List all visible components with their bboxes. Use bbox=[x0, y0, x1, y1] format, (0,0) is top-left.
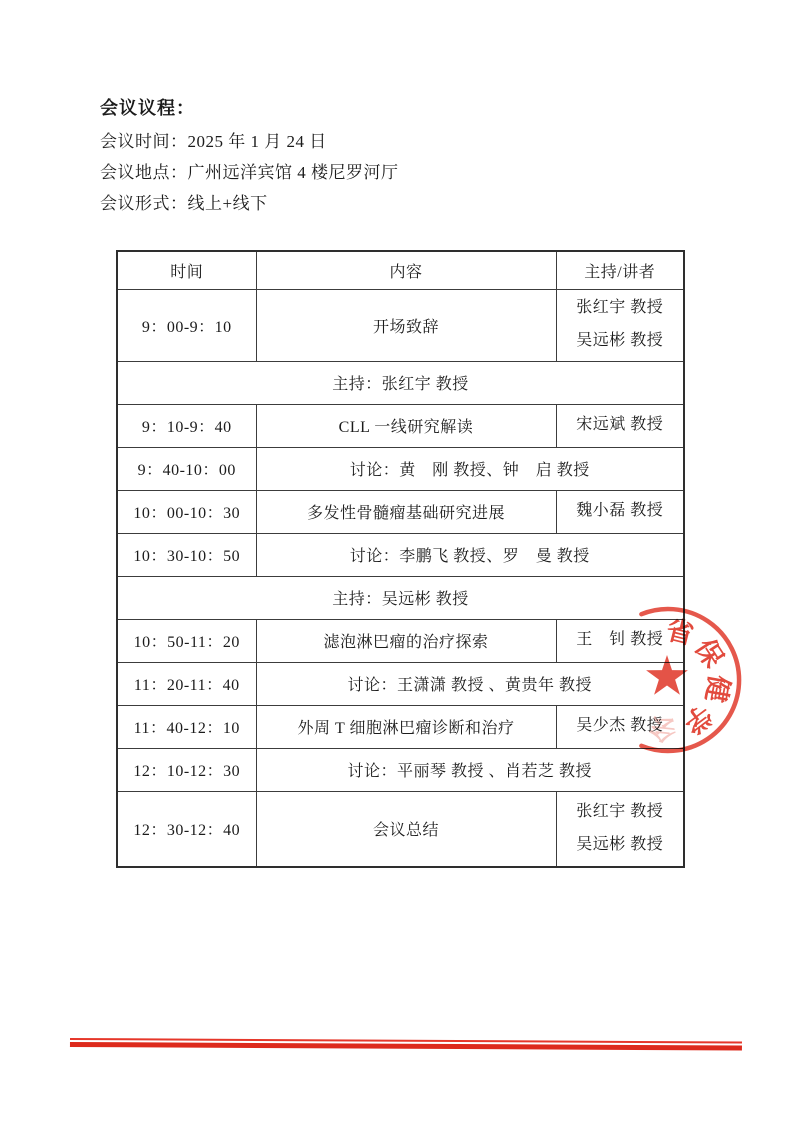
svg-text:保: 保 bbox=[689, 634, 729, 673]
content-cell: CLL 一线研究解读 bbox=[256, 404, 556, 447]
speaker-name: 魏小磊 教授 bbox=[561, 495, 680, 528]
meeting-info-block: 会议议程： 会议时间：2025 年 1 月 24 日 会议地点：广州远洋宾馆 4… bbox=[100, 90, 399, 217]
time-cell: 11：20-11：40 bbox=[117, 662, 256, 705]
meeting-format-line: 会议形式：线上+线下 bbox=[100, 186, 399, 217]
svg-text:省: 省 bbox=[663, 615, 696, 651]
content-cell: 滤泡淋巴瘤的治疗探索 bbox=[256, 619, 556, 662]
red-divider-line bbox=[70, 1038, 742, 1051]
table-row: 12：30-12：40会议总结张红宇 教授吴远彬 教授 bbox=[117, 791, 684, 867]
content-cell: 外周 T 细胞淋巴瘤诊断和治疗 bbox=[256, 705, 556, 748]
time-cell: 12：10-12：30 bbox=[117, 748, 256, 791]
time-cell: 9：40-10：00 bbox=[117, 447, 256, 490]
content-cell: 会议总结 bbox=[256, 791, 556, 867]
svg-text:健: 健 bbox=[700, 673, 734, 705]
speaker-cell: 魏小磊 教授 bbox=[556, 490, 684, 533]
content-cell: 讨论：黄 刚 教授、钟 启 教授 bbox=[256, 447, 684, 490]
time-cell: 10：30-10：50 bbox=[117, 533, 256, 576]
agenda-title: 会议议程： bbox=[100, 90, 399, 124]
content-cell: 开场致辞 bbox=[256, 289, 556, 361]
meeting-location-line: 会议地点：广州远洋宾馆 4 楼尼罗河厅 bbox=[100, 155, 399, 186]
speaker-name: 张红宇 教授 bbox=[561, 796, 680, 829]
scanned-document-page: 会议议程： 会议时间：2025 年 1 月 24 日 会议地点：广州远洋宾馆 4… bbox=[0, 0, 793, 1121]
content-cell: 多发性骨髓瘤基础研究进展 bbox=[256, 490, 556, 533]
speaker-cell: 宋远斌 教授 bbox=[556, 404, 684, 447]
table-row: 9：40-10：00讨论：黄 刚 教授、钟 启 教授 bbox=[117, 447, 684, 490]
meeting-time-line: 会议时间：2025 年 1 月 24 日 bbox=[100, 124, 399, 155]
time-cell: 11：40-12：10 bbox=[117, 705, 256, 748]
speaker-name: 张红宇 教授 bbox=[561, 292, 680, 325]
red-seal-stamp: 省 保 健 学 会 bbox=[575, 588, 765, 778]
speaker-cell: 张红宇 教授吴远彬 教授 bbox=[556, 791, 684, 867]
content-cell: 讨论：李鹏飞 教授、罗 曼 教授 bbox=[256, 533, 684, 576]
agenda-table-body: 9：00-9：10开场致辞张红宇 教授吴远彬 教授主持：张红宇 教授9：10-9… bbox=[117, 289, 684, 867]
time-cell: 10：50-11：20 bbox=[117, 619, 256, 662]
time-cell: 9：10-9：40 bbox=[117, 404, 256, 447]
table-row: 9：00-9：10开场致辞张红宇 教授吴远彬 教授 bbox=[117, 289, 684, 361]
speaker-cell: 张红宇 教授吴远彬 教授 bbox=[556, 289, 684, 361]
header-time: 时间 bbox=[117, 251, 256, 289]
speaker-name: 吴远彬 教授 bbox=[561, 325, 680, 358]
time-cell: 9：00-9：10 bbox=[117, 289, 256, 361]
time-cell: 12：30-12：40 bbox=[117, 791, 256, 867]
table-row: 10：00-10：30多发性骨髓瘤基础研究进展魏小磊 教授 bbox=[117, 490, 684, 533]
host-cell: 主持：张红宇 教授 bbox=[117, 361, 684, 404]
time-cell: 10：00-10：30 bbox=[117, 490, 256, 533]
table-row: 10：30-10：50讨论：李鹏飞 教授、罗 曼 教授 bbox=[117, 533, 684, 576]
header-content: 内容 bbox=[256, 251, 556, 289]
speaker-name: 吴远彬 教授 bbox=[561, 829, 680, 862]
svg-text:学: 学 bbox=[678, 699, 718, 739]
header-speaker: 主持/讲者 bbox=[556, 251, 684, 289]
svg-text:会: 会 bbox=[648, 712, 678, 745]
host-row: 主持：张红宇 教授 bbox=[117, 361, 684, 404]
table-header-row: 时间 内容 主持/讲者 bbox=[117, 251, 684, 289]
table-row: 9：10-9：40CLL 一线研究解读宋远斌 教授 bbox=[117, 404, 684, 447]
speaker-name: 宋远斌 教授 bbox=[561, 409, 680, 442]
star-icon bbox=[646, 655, 688, 695]
